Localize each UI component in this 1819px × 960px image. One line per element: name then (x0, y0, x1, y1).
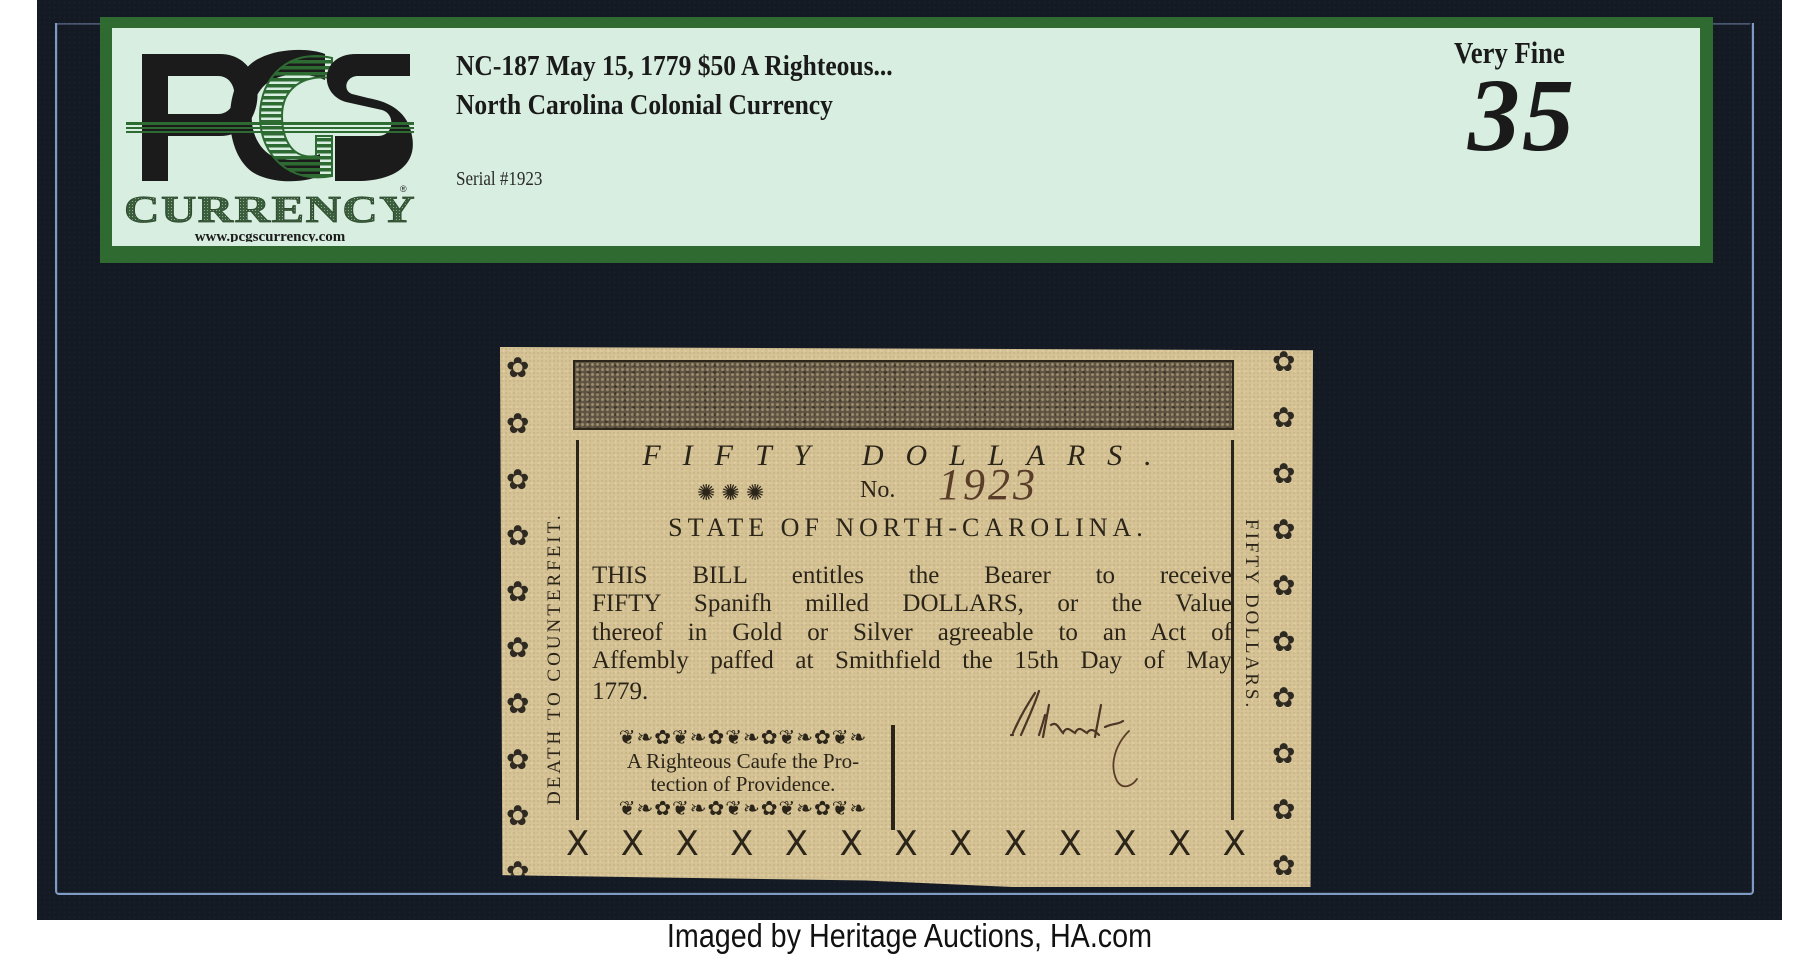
x-mark: X (1004, 824, 1027, 864)
fleuron-icon: ✿ (1272, 737, 1295, 771)
body-text-line: thereof in Gold or Silver agreeable to a… (592, 619, 1232, 647)
body-text-line: Affembly paffed at Smithfield the 15th D… (592, 647, 1232, 675)
signature (1005, 685, 1165, 795)
issuer-line: STATE OF NORTH-CAROLINA. (598, 513, 1218, 543)
x-mark: X (1223, 824, 1246, 864)
motto-line: A Righteous Caufe the Pro- (595, 750, 891, 773)
image-credit: Imaged by Heritage Auctions, HA.com (118, 917, 1701, 955)
fleuron-icon: ✿ (506, 407, 529, 441)
x-mark: X (621, 824, 644, 864)
x-mark: X (1058, 824, 1081, 864)
x-mark: X (675, 824, 698, 864)
x-mark: X (566, 824, 589, 864)
body-text-line: FIFTY Spanifh milled DOLLARS, or the Val… (592, 590, 1232, 618)
fleuron-icon: ✿ (1272, 793, 1295, 827)
fleuron-icon: ✿ (506, 351, 529, 385)
motto-box: ❦❧✿❦❧✿❦❧✿❦❧✿❦❧ A Righteous Caufe the Pro… (595, 725, 895, 830)
number-label: No. (860, 477, 895, 504)
x-mark: X (840, 824, 863, 864)
svg-text:www.pcgscurrency.com: www.pcgscurrency.com (195, 229, 346, 242)
handwritten-serial: 1923 (938, 459, 1038, 510)
note-series: North Carolina Colonial Currency (456, 89, 833, 122)
fleuron-icon: ✿ (506, 631, 529, 665)
fleuron-icon: ✿ (506, 575, 529, 609)
x-mark: X (1113, 824, 1136, 864)
grade-number: 35 (1468, 56, 1576, 175)
x-mark: X (730, 824, 753, 864)
fleuron-icon: ✿ (1272, 457, 1295, 491)
motto-line: tection of Providence. (595, 773, 891, 796)
fleuron-icon: ✿ (1272, 849, 1295, 883)
fleuron-icon: ✿ (1272, 401, 1295, 435)
banknote: ✿ ✿ ✿ ✿ ✿ ✿ ✿ ✿ ✿ ✿ ✿ ✿ ✿ ✿ ✿ ✿ ✿ ✿ ✿ ✿ … (500, 347, 1313, 887)
fleuron-icon: ✿ (1272, 681, 1295, 715)
fleuron-icon: ✿ (506, 463, 529, 497)
pcgs-currency-logo: ® CURRENCY www.pcgscurrency.com (120, 36, 420, 242)
fleuron-icon: ✿ (506, 687, 529, 721)
left-frame-rule (576, 440, 579, 820)
fleuron-icon: ✿ (506, 743, 529, 777)
fleuron-icon: ✿ (506, 799, 529, 833)
pcgs-label-panel: ® CURRENCY www.pcgscurrency.com NC-187 M… (112, 28, 1700, 246)
note-top-banner (573, 360, 1234, 430)
denomination-heading: FIFTY DOLLARS. (628, 439, 1188, 473)
pcgs-label: ® CURRENCY www.pcgscurrency.com NC-187 M… (100, 17, 1713, 263)
fleuron-icon: ✿ (1272, 569, 1295, 603)
x-mark: X (949, 824, 972, 864)
star-ornaments: ✺✺✺ (697, 480, 770, 506)
x-mark: X (785, 824, 808, 864)
svg-text:CURRENCY: CURRENCY (124, 189, 416, 231)
right-border-text: FIFTY DOLLARS. (1240, 519, 1262, 710)
left-border-text: DEATH TO COUNTERFEIT. (544, 465, 566, 805)
note-title: NC-187 May 15, 1779 $50 A Righteous... (456, 50, 893, 83)
motto-top-ornament: ❦❧✿❦❧✿❦❧✿❦❧✿❦❧ (595, 725, 891, 750)
fleuron-icon: ✿ (506, 519, 529, 553)
body-text-line: THIS BILL entitles the Bearer to receive (592, 562, 1232, 590)
serial-number: Serial #1923 (456, 168, 542, 191)
left-fleuron-border: ✿ ✿ ✿ ✿ ✿ ✿ ✿ ✿ ✿ ✿ (506, 351, 529, 889)
x-mark: X (894, 824, 917, 864)
fleuron-icon: ✿ (1272, 625, 1295, 659)
x-mark: X (1168, 824, 1191, 864)
bottom-x-border: XXXXXXXXXXXXX (566, 824, 1246, 864)
motto-bottom-ornament: ❦❧✿❦❧✿❦❧✿❦❧✿❦❧ (595, 796, 891, 821)
right-fleuron-border: ✿ ✿ ✿ ✿ ✿ ✿ ✿ ✿ ✿ ✿ (1272, 345, 1295, 883)
